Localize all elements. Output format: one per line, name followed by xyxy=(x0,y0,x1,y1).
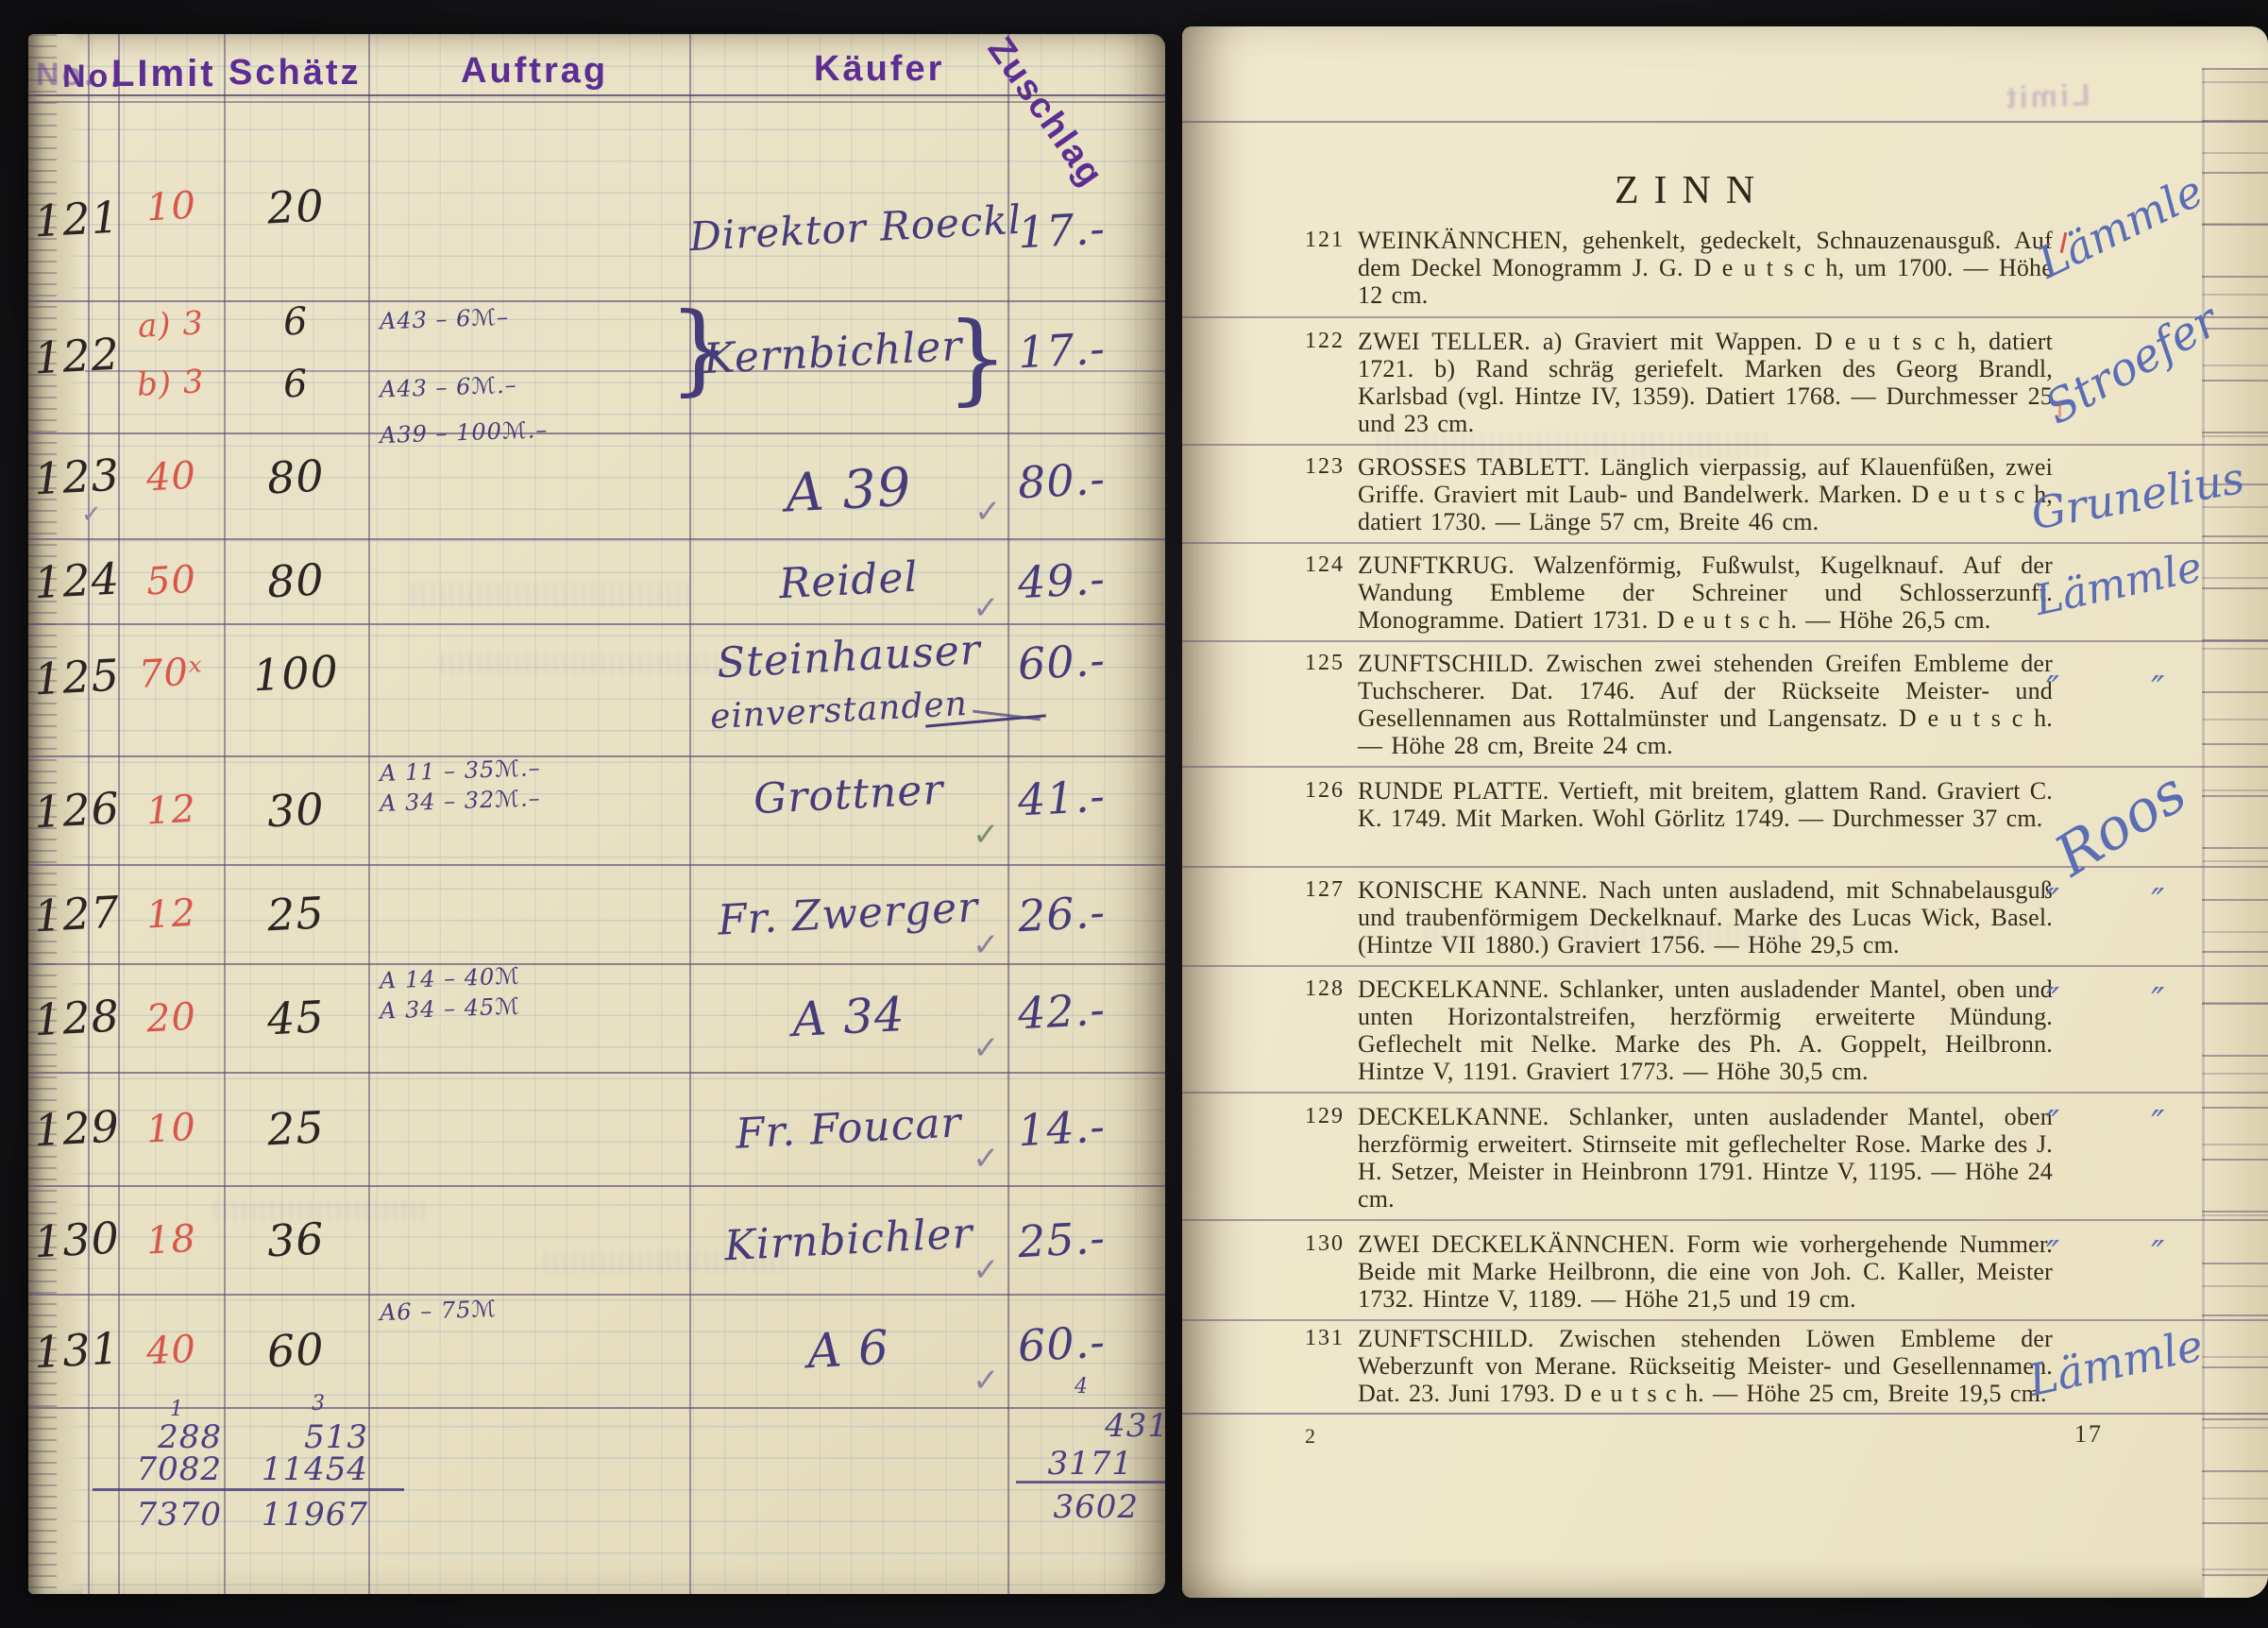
lot-no: 125 xyxy=(33,650,122,705)
buyer-name: A 6 xyxy=(806,1320,891,1379)
limit-value: 10 xyxy=(144,184,196,230)
lot-number: 131 xyxy=(1286,1325,1358,1407)
bid-order-a: A43 – 6ℳ– xyxy=(380,304,510,335)
ledger-row-129: 129 10 25 Fr. Foucar ✓ 14.- xyxy=(28,1072,1165,1187)
buyer-annotation-ditto: ″ ″ xyxy=(2046,669,2164,710)
schaetz-value: 100 xyxy=(252,646,341,702)
lot-no: 131 xyxy=(33,1323,122,1379)
buyer-annotation: Roos xyxy=(2044,759,2198,890)
catalog-entry-124: 124 ZUNFTKRUG. Walzenförmig, Fußwulst, K… xyxy=(1286,551,2053,634)
lot-description: ZUNFTKRUG. Walzenförmig, Fußwulst, Kugel… xyxy=(1358,551,2053,634)
lot-number: 124 xyxy=(1286,551,1358,634)
buyer-name: Reidel xyxy=(778,553,920,609)
schaetz-value-a: 6 xyxy=(282,299,310,344)
limit-value: 20 xyxy=(144,994,196,1041)
section-title: ZINN xyxy=(1182,168,2202,213)
lot-no: 130 xyxy=(33,1212,122,1267)
catalog-entry-122: 122 ZWEI TELLER. a) Graviert mit Wappen.… xyxy=(1286,328,2053,437)
buyer-annotation: Stroefer xyxy=(2037,294,2228,434)
checkmark-icon: ✓ xyxy=(973,926,1000,964)
entry-rule xyxy=(1182,542,2268,544)
entry-rule xyxy=(1182,316,2268,318)
ledger-row-130: 130 18 36 Kirnbichler ✓ 25.- xyxy=(28,1185,1165,1296)
buyer-name: Fr. Foucar xyxy=(735,1098,963,1158)
page-edge-ticks-icon xyxy=(2202,68,2268,1598)
checkmark-icon: ✓ xyxy=(974,493,1002,531)
limit-value: 70ˣ xyxy=(138,650,204,697)
lot-number: 128 xyxy=(1286,975,1358,1085)
catalog-entry-127: 127 KONISCHE KANNE. Nach unten ausladend… xyxy=(1286,876,2053,958)
buyer-name: Steinhauser xyxy=(715,626,981,688)
zuschlag-subtotal: 431 xyxy=(1025,1407,1165,1445)
lot-no: 127 xyxy=(33,886,122,941)
hammer-price: 25.- xyxy=(1017,1212,1107,1267)
ledger-row-121: 121 10 20 Direktor Roeckl 17.- xyxy=(28,102,1165,300)
sum-rule xyxy=(1016,1481,1165,1484)
ledger-row-122: 122 a) 3 b) 3 6 6 A43 – 6ℳ– A43 – 6ℳ.– }… xyxy=(28,300,1165,434)
checkmark-icon: ✓ xyxy=(973,1251,1000,1289)
page-number-left: 2 xyxy=(1305,1424,1315,1449)
buyer-name: A 39 xyxy=(784,456,913,524)
catalog-entry-126: 126 RUNDE PLATTE. Vertieft, mit breitem,… xyxy=(1286,777,2053,832)
limit-value: 40 xyxy=(144,454,196,500)
schaetz-value-b: 6 xyxy=(282,362,310,406)
ledger-row-124: 124 50 80 Reidel ✓ 49.- xyxy=(28,538,1165,625)
hammer-price: 17.- xyxy=(1017,203,1107,259)
buyer-name: Grottner xyxy=(753,766,945,823)
hammer-price: 17.- xyxy=(1017,323,1107,379)
ledger-row-131: 131 40 60 A6 – 75ℳ A 6 ✓ 60.- xyxy=(28,1294,1165,1409)
schaetz-previous: 11454 xyxy=(217,1450,368,1488)
fore-edge xyxy=(2202,68,2268,1598)
lot-description: GROSSES TABLETT. Länglich vierpassig, au… xyxy=(1358,453,2053,535)
limit-value-a: a) 3 xyxy=(137,304,205,346)
carry-digit: 4 xyxy=(1075,1375,1089,1399)
schaetz-value: 25 xyxy=(266,1101,326,1155)
buyer-name: Kernbichler xyxy=(702,322,964,383)
hammer-price: 41.- xyxy=(1017,771,1107,826)
lot-description: DECKELKANNE. Schlanker, unten ausladende… xyxy=(1358,975,2053,1085)
checkmark-icon: ✓ xyxy=(973,1029,1000,1067)
hammer-price: 42.- xyxy=(1017,984,1107,1040)
limit-total: 7370 xyxy=(66,1496,222,1534)
catalog-entry-121: 121 WEINKÄNNCHEN, gehenkelt, gedeckelt, … xyxy=(1286,227,2053,309)
bid-order-a: A39 – 100ℳ.– xyxy=(380,416,549,449)
sum-rule xyxy=(93,1488,404,1491)
catalog-entry-128: 128 DECKELKANNE. Schlanker, unten auslad… xyxy=(1286,975,2053,1085)
ledger-row-123: 123 ✓ 40 80 A39 – 100ℳ.– A 39 ✓ 80.- xyxy=(28,432,1165,540)
lot-no: 124 xyxy=(33,553,122,609)
lot-no: 128 xyxy=(33,990,122,1045)
ledger-row-128: 128 20 45 A 14 – 40ℳ A 34 – 45ℳ A 34 ✓ 4… xyxy=(28,963,1165,1074)
lot-no: 121 xyxy=(33,191,122,246)
header-rule xyxy=(28,94,1165,96)
entry-rule xyxy=(1182,640,2268,642)
hammer-price: 60.- xyxy=(1017,635,1107,690)
buyer-name: Kirnbichler xyxy=(723,1209,974,1270)
bid-order-a: A 11 – 35ℳ.– xyxy=(380,755,541,787)
column-header-kaeufer: Käufer xyxy=(814,49,944,90)
entry-rule xyxy=(1182,1092,2268,1094)
zuschlag-previous: 3171 xyxy=(1010,1445,1133,1483)
checkmark-icon: ✓ xyxy=(973,816,1000,854)
limit-value: 12 xyxy=(144,890,196,937)
column-header-schaetz: Schätz xyxy=(228,53,361,93)
bleed-through-stamp: Limit xyxy=(2003,77,2090,115)
entry-rule xyxy=(1182,766,2268,768)
schaetz-value: 20 xyxy=(266,179,326,233)
entry-rule xyxy=(1182,444,2268,446)
footer-rule xyxy=(1182,1413,2268,1415)
brace-right: } xyxy=(946,300,1008,415)
lot-number: 125 xyxy=(1286,650,1358,759)
lot-number: 130 xyxy=(1286,1230,1358,1313)
red-mark xyxy=(2058,402,2061,417)
hammer-price: 80.- xyxy=(1017,453,1107,509)
lot-description: ZWEI DECKELKÄNNCHEN. Form wie vorhergehe… xyxy=(1358,1230,2053,1313)
buyer-annotation: Lämmle xyxy=(2031,543,2207,625)
limit-previous: 7082 xyxy=(66,1450,222,1488)
hammer-price: 26.- xyxy=(1017,886,1107,941)
bid-order-b: A 34 – 32ℳ.– xyxy=(380,785,541,817)
buyer-name: Direktor Roeckl xyxy=(688,196,1023,260)
schaetz-value: 80 xyxy=(266,449,326,503)
hammer-price: 14.- xyxy=(1017,1100,1107,1156)
catalog-entry-131: 131 ZUNFTSCHILD. Zwischen stehenden Löwe… xyxy=(1286,1325,2053,1407)
zuschlag-total: 3602 xyxy=(1018,1488,1139,1526)
lot-number: 129 xyxy=(1286,1103,1358,1213)
top-rule xyxy=(1182,121,2268,123)
lot-description: DECKELKANNE. Schlanker, unten ausladende… xyxy=(1358,1103,2053,1213)
schaetz-total: 11967 xyxy=(213,1496,368,1534)
buyer-annotation-ditto: ″ ″ xyxy=(2046,881,2164,923)
schaetz-value: 25 xyxy=(266,887,326,941)
lot-description: ZUNFTSCHILD. Zwischen stehenden Löwen Em… xyxy=(1358,1325,2053,1407)
lot-description: KONISCHE KANNE. Nach unten ausladend, mi… xyxy=(1358,876,2053,958)
catalog-entry-125: 125 ZUNFTSCHILD. Zwischen zwei stehenden… xyxy=(1286,650,2053,759)
lot-number: 121 xyxy=(1286,227,1358,309)
limit-value: 18 xyxy=(144,1216,196,1263)
lot-no: 129 xyxy=(33,1101,122,1157)
lot-description: RUNDE PLATTE. Vertieft, mit breitem, gla… xyxy=(1358,777,2053,832)
lot-no: 123 xyxy=(33,449,122,505)
ledger-page: No. No. LImit Schätz Auftrag Käufer Zusc… xyxy=(28,34,1165,1594)
bid-order-a: A6 – 75ℳ xyxy=(380,1296,498,1326)
schaetz-value: 45 xyxy=(266,991,326,1044)
carry-digit: 3 xyxy=(312,1392,326,1416)
bid-order-a: A 14 – 40ℳ xyxy=(380,962,521,993)
buyer-annotation-ditto: ″ ″ xyxy=(2046,1103,2164,1145)
schaetz-value: 60 xyxy=(266,1323,326,1377)
buyer-note: einverstanden xyxy=(709,685,969,737)
lot-number: 126 xyxy=(1286,777,1358,832)
buyer-annotation-ditto: ″ ″ xyxy=(2046,980,2164,1022)
entry-rule xyxy=(1182,965,2268,967)
bid-order-b: A 34 – 45ℳ xyxy=(380,992,521,1024)
hammer-price: 60.- xyxy=(1017,1316,1107,1372)
checkmark-icon: ✓ xyxy=(973,1362,1000,1399)
bid-order-b: A43 – 6ℳ.– xyxy=(380,371,518,402)
entry-rule xyxy=(1182,1319,2268,1321)
hammer-price: 49.- xyxy=(1017,552,1107,608)
lot-no: 126 xyxy=(33,782,122,838)
ledger-row-126: 126 12 30 A 11 – 35ℳ.– A 34 – 32ℳ.– Grot… xyxy=(28,755,1165,866)
catalog-entry-123: 123 GROSSES TABLETT. Länglich vierpassig… xyxy=(1286,453,2053,535)
ledger-row-125: 125 70ˣ 100 Steinhauser einverstanden 60… xyxy=(28,623,1165,757)
limit-value: 10 xyxy=(144,1106,196,1152)
buyer-name: A 34 xyxy=(790,987,906,1047)
lot-number: 123 xyxy=(1286,453,1358,535)
schaetz-value: 30 xyxy=(266,783,326,837)
lot-number: 122 xyxy=(1286,328,1358,437)
limit-value-b: b) 3 xyxy=(136,363,205,404)
entry-rule xyxy=(1182,1219,2268,1221)
lot-description: ZUNFTSCHILD. Zwischen zwei stehenden Gre… xyxy=(1358,650,2053,759)
column-header-auftrag: Auftrag xyxy=(461,51,608,92)
schaetz-value: 36 xyxy=(266,1213,326,1266)
limit-value: 12 xyxy=(144,787,196,833)
lot-description: WEINKÄNNCHEN, gehenkelt, gedeckelt, Schn… xyxy=(1358,227,2053,309)
limit-value: 50 xyxy=(144,558,196,604)
lot-no: 122 xyxy=(33,329,122,384)
checkmark-icon: ✓ xyxy=(973,1140,1000,1178)
page-number-right: 17 xyxy=(2074,1420,2103,1449)
catalog-entry-129: 129 DECKELKANNE. Schlanker, unten auslad… xyxy=(1286,1103,2053,1213)
buyer-name: Fr. Zwerger xyxy=(717,883,980,944)
lot-number: 127 xyxy=(1286,876,1358,958)
catalog-page: Limit ZINN 121 WEINKÄNNCHEN, gehenkelt, … xyxy=(1182,26,2268,1598)
schaetz-value: 80 xyxy=(266,553,326,607)
ledger-row-127: 127 12 25 Fr. Zwerger ✓ 26.- xyxy=(28,864,1165,965)
lot-description: ZWEI TELLER. a) Graviert mit Wappen. D e… xyxy=(1358,328,2053,437)
catalog-entry-130: 130 ZWEI DECKELKÄNNCHEN. Form wie vorher… xyxy=(1286,1230,2053,1313)
buyer-annotation-ditto: ″ ″ xyxy=(2046,1233,2164,1275)
limit-value: 40 xyxy=(144,1328,196,1374)
checkmark-icon: ✓ xyxy=(973,589,1000,627)
checkmark-icon: ✓ xyxy=(81,500,102,529)
column-header-limit: LImit xyxy=(111,53,216,95)
